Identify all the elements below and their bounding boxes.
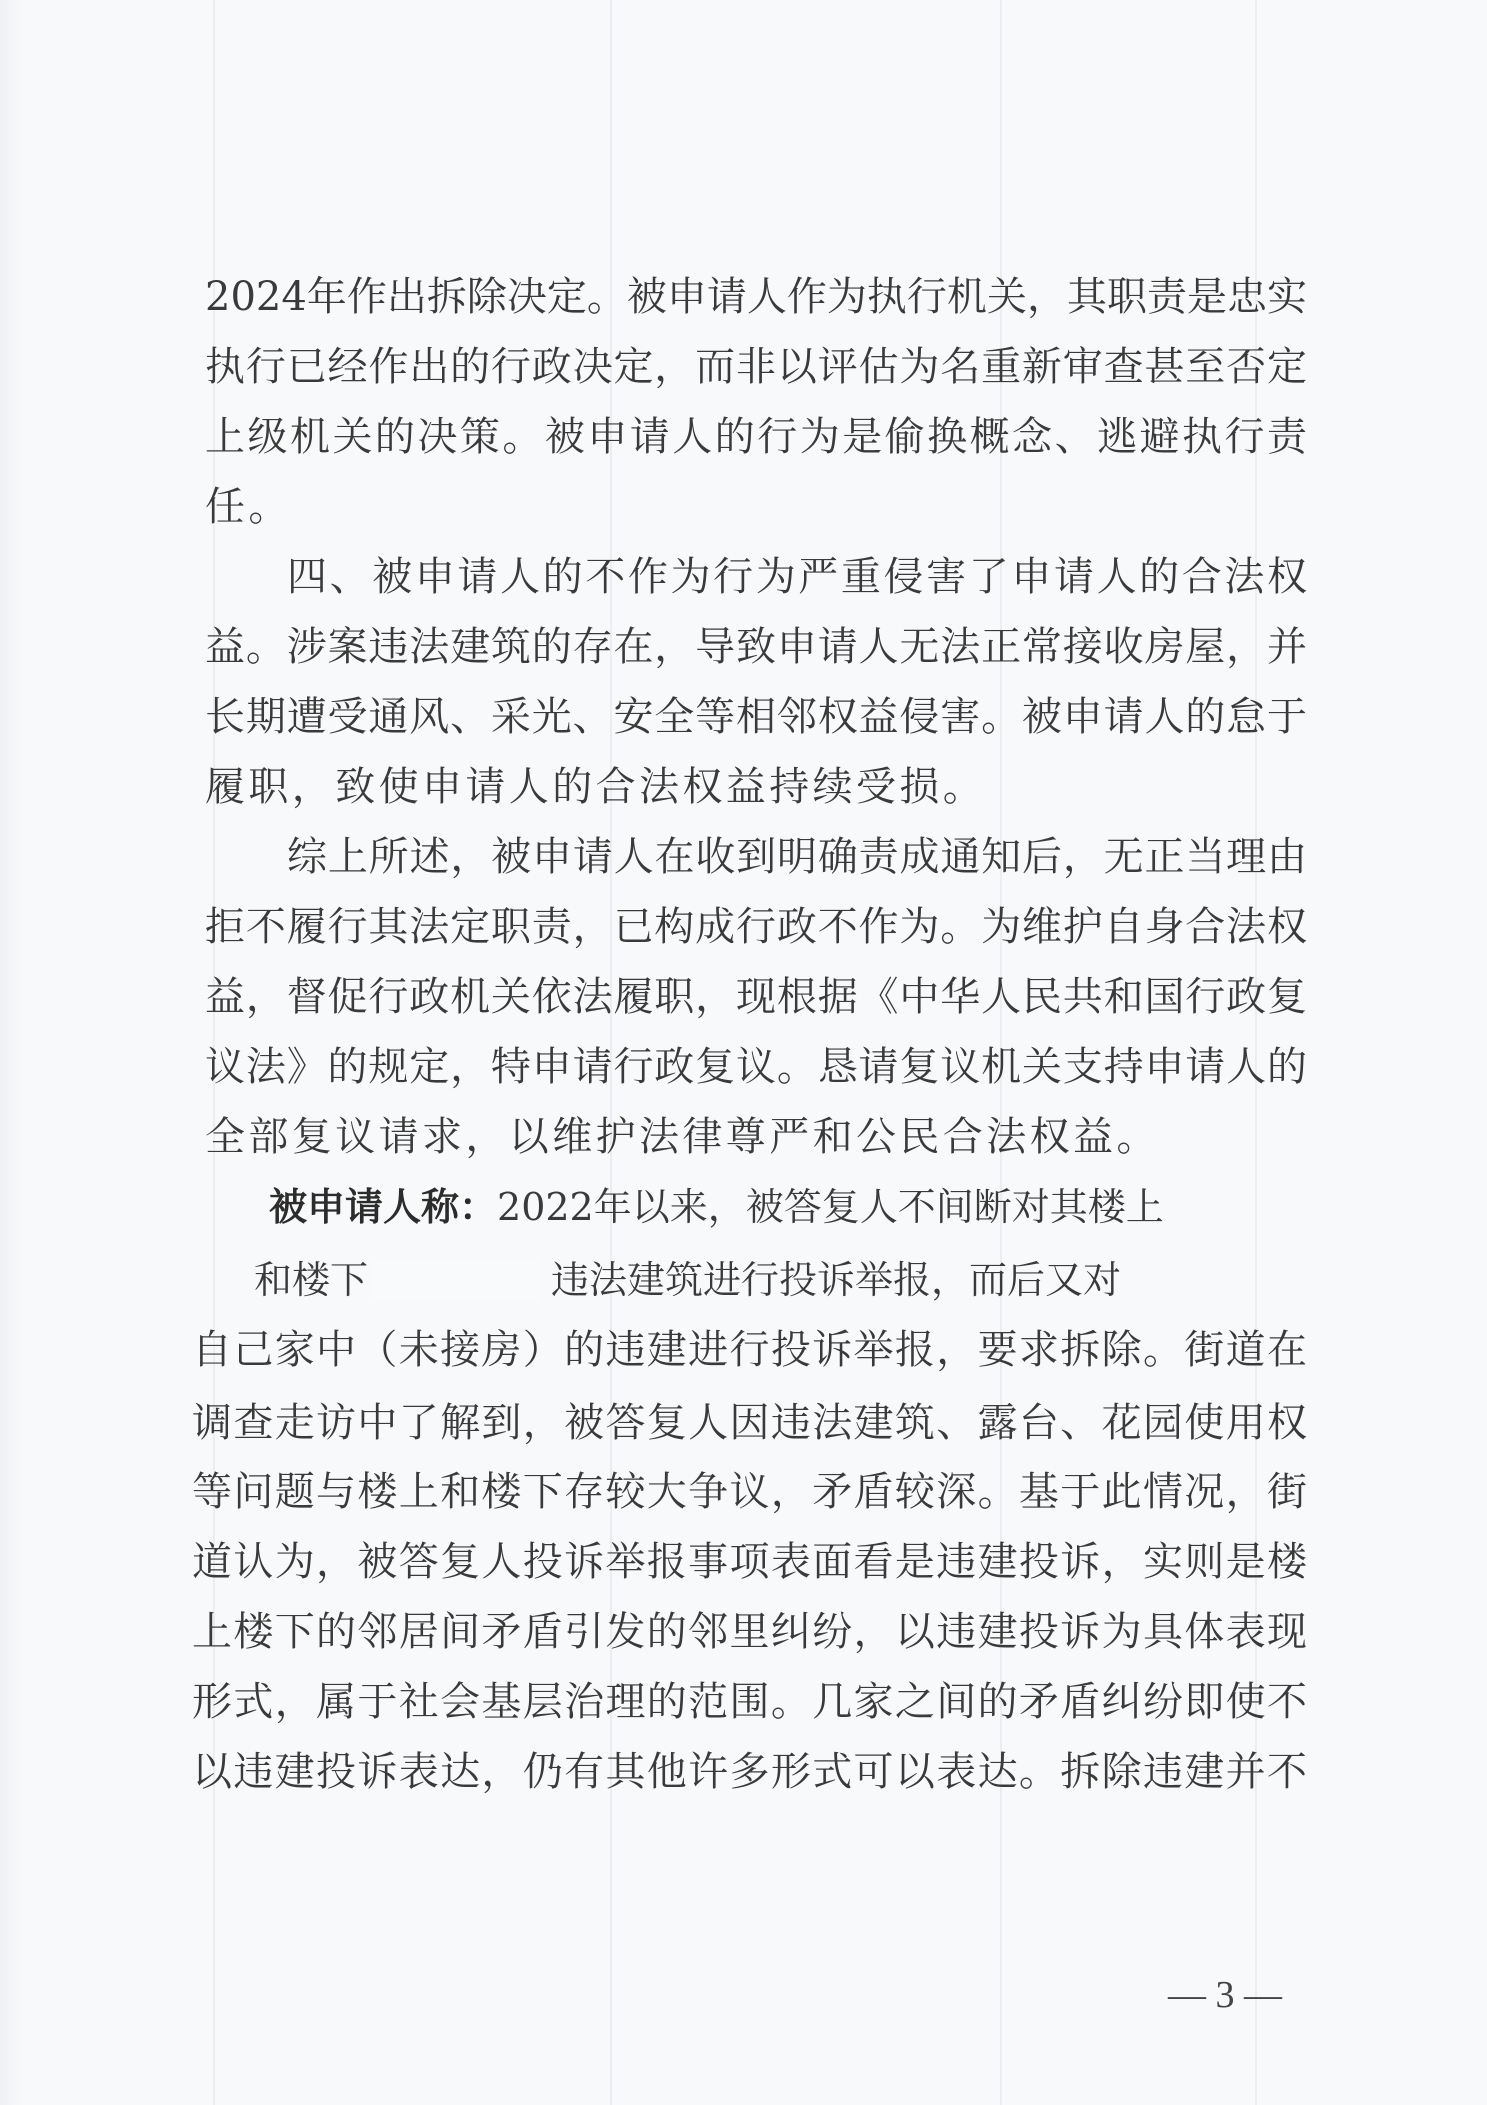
- paragraph-line: 全部复议请求，以维护法律尊严和公民合法权益。: [205, 1112, 1307, 1162]
- paragraph-line: 执行已经作出的行政决定，而非以评估为名重新审查甚至否定: [205, 342, 1307, 392]
- paragraph-line: 2024年作出拆除决定。被申请人作为执行机关，其职责是忠实: [205, 272, 1307, 322]
- respondent-first-line: 被申请人称：2022年以来，被答复人不间断对其楼上: [269, 1182, 1164, 1232]
- respondent-second-line-right: 违法建筑进行投诉举报，而后又对: [551, 1255, 1121, 1305]
- respondent-first-line-text: 2022年以来，被答复人不间断对其楼上: [497, 1185, 1164, 1229]
- paragraph-line: 以违建投诉表达，仍有其他许多形式可以表达。拆除违建并不: [192, 1747, 1307, 1797]
- respondent-second-line-left: 和楼下: [254, 1255, 368, 1305]
- paragraph-line: 综上所述，被申请人在收到明确责成通知后，无正当理由: [287, 832, 1307, 882]
- paragraph-line: 履职，致使申请人的合法权益持续受损。: [205, 762, 1307, 812]
- paragraph-line: 议法》的规定，特申请行政复议。恳请复议机关支持申请人的: [205, 1042, 1307, 1092]
- paragraph-line: 调查走访中了解到，被答复人因违法建筑、露台、花园使用权: [192, 1398, 1307, 1448]
- paragraph-line: 四、被申请人的不作为行为严重侵害了申请人的合法权: [287, 552, 1307, 602]
- paragraph-line: 拒不履行其法定职责，已构成行政不作为。为维护自身合法权: [205, 902, 1307, 952]
- paragraph-line: 上级机关的决策。被申请人的行为是偷换概念、逃避执行责: [205, 412, 1307, 462]
- paragraph-line: 等问题与楼上和楼下存较大争议，矛盾较深。基于此情况，街: [192, 1467, 1307, 1517]
- paragraph-line: 道认为，被答复人投诉举报事项表面看是违建投诉，实则是楼: [192, 1537, 1307, 1587]
- respondent-label: 被申请人称：: [269, 1185, 497, 1229]
- scan-left-edge: [0, 0, 22, 2105]
- page-number: — 3 —: [1155, 1972, 1295, 2018]
- paragraph-line: 任。: [205, 482, 1307, 532]
- paragraph-line: 自己家中（未接房）的违建进行投诉举报，要求拆除。街道在: [192, 1325, 1307, 1375]
- paragraph-line: 上楼下的邻居间矛盾引发的邻里纠纷，以违建投诉为具体表现: [192, 1607, 1307, 1657]
- paragraph-line: 形式，属于社会基层治理的范围。几家之间的矛盾纠纷即使不: [192, 1677, 1307, 1727]
- redacted-gap: [370, 1258, 540, 1302]
- paragraph-line: 益，督促行政机关依法履职，现根据《中华人民共和国行政复: [205, 972, 1307, 1022]
- paragraph-line: 长期遭受通风、采光、安全等相邻权益侵害。被申请人的怠于: [205, 692, 1307, 742]
- paragraph-line: 益。涉案违法建筑的存在，导致申请人无法正常接收房屋，并: [205, 622, 1307, 672]
